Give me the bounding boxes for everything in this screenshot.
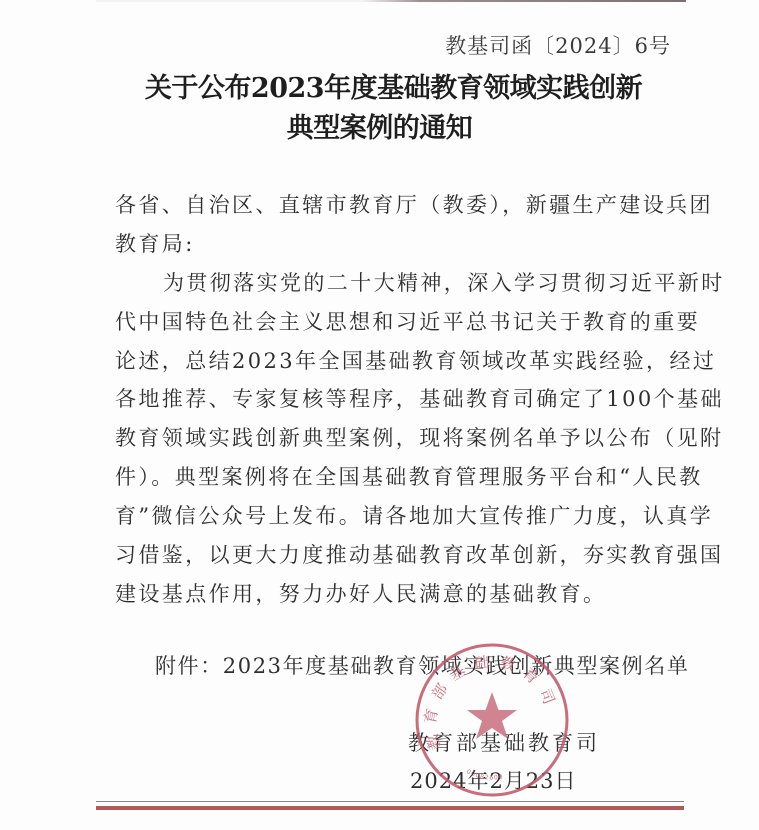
addressee-line: 各省、自治区、直辖市教育厅（教委），新疆生产建设兵团 [115,186,675,225]
document-number: 教基司函〔2024〕6号 [445,30,671,60]
body-paragraph-line: 教育领域实践创新典型案例，现将案例名单予以公布（见附 [115,419,675,458]
issuer-signature: 教育部基础教育司 [408,727,600,757]
body-paragraph-line: 育”微信公众号上发布。请各地加大宣传推广力度，认真学 [115,497,675,536]
addressee-line: 教育局: [115,225,675,264]
body-paragraph-line: 各地推荐、专家复核等程序，基础教育司确定了100个基础 [115,380,675,419]
body-paragraph-line: 为贯彻落实党的二十大精神，深入学习贯彻习近平新时 [115,264,675,303]
issue-date: 2024年2月23日 [410,765,577,795]
body-paragraph-line: 建设基点作用，努力办好人民满意的基础教育。 [115,575,675,614]
body-paragraph-line: 代中国特色社会主义思想和习近平总书记关于教育的重要 [115,303,675,342]
footer-divider-thin [96,801,684,802]
body-paragraph-line: 论述，总结2023年全国基础教育领域改革实践经验，经过 [115,342,675,381]
footer-divider-red [96,806,684,810]
top-edge-line [96,0,686,2]
document-title-line-1: 关于公布2023年度基础教育领域实践创新 [14,66,759,105]
document-title-line-2: 典型案例的通知 [0,106,759,145]
attachment-note: 附件：2023年度基础教育领域实践创新典型案例名单 [155,650,689,680]
body-paragraph-line: 习借鉴，以更大力度推动基础教育改革创新，夯实教育强国 [115,536,675,575]
body-paragraph-line: 件）。典型案例将在全国基础教育管理服务平台和“人民教 [115,458,675,497]
document-body: 各省、自治区、直辖市教育厅（教委），新疆生产建设兵团 教育局: 为贯彻落实党的二… [115,186,675,614]
